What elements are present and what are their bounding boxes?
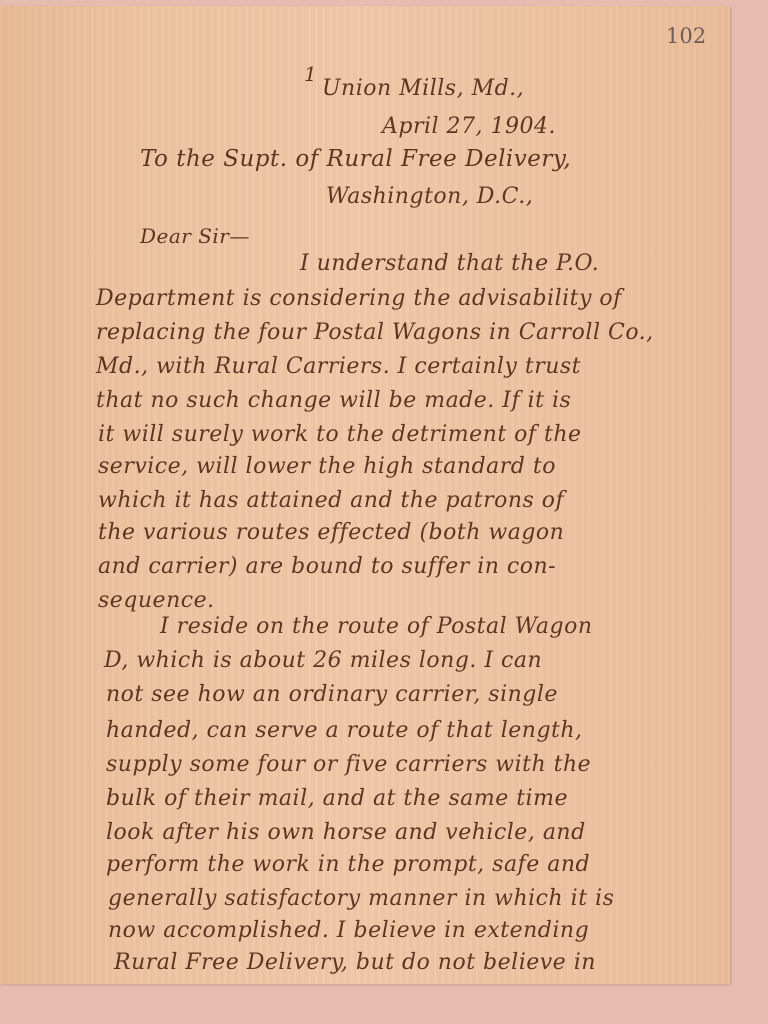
letter-recipient-city: Washington, D.C., <box>326 184 533 209</box>
body-line: handed, can serve a route of that length… <box>106 718 583 743</box>
body-line: now accomplished. I believe in extending <box>108 918 589 943</box>
body-line: perform the work in the prompt, safe and <box>106 852 590 877</box>
body-line: generally satisfactory manner in which i… <box>108 886 614 911</box>
letter-page: 102 1 Union Mills, Md., April 27, 1904. … <box>0 6 730 984</box>
body-line: supply some four or five carriers with t… <box>106 752 591 777</box>
body-line: not see how an ordinary carrier, single <box>106 682 558 707</box>
body-line: I understand that the P.O. <box>300 251 599 276</box>
body-line: Department is considering the advisabili… <box>96 286 622 311</box>
letter-date: April 27, 1904. <box>382 114 556 139</box>
body-line: replacing the four Postal Wagons in Carr… <box>96 320 654 345</box>
body-line: I reside on the route of Postal Wagon <box>160 614 592 639</box>
letter-place: Union Mills, Md., <box>322 76 524 101</box>
body-line: Rural Free Delivery, but do not believe … <box>114 950 596 975</box>
page-number: 102 <box>666 24 706 48</box>
body-line: D, which is about 26 miles long. I can <box>104 648 542 673</box>
letter-recipient: To the Supt. of Rural Free Delivery, <box>140 146 571 172</box>
body-line: the various routes effected (both wagon <box>98 520 564 545</box>
body-line: it will surely work to the detriment of … <box>98 422 582 447</box>
body-line: look after his own horse and vehicle, an… <box>106 820 586 845</box>
body-line: Md., with Rural Carriers. I certainly tr… <box>96 354 581 379</box>
body-line: bulk of their mail, and at the same time <box>106 786 568 811</box>
letter-salutation: Dear Sir— <box>140 224 250 248</box>
body-line: sequence. <box>98 588 215 613</box>
page-mark: 1 <box>304 62 317 86</box>
body-line: service, will lower the high standard to <box>98 454 556 479</box>
body-line: and carrier) are bound to suffer in con- <box>98 554 556 579</box>
body-line: that no such change will be made. If it … <box>96 388 571 413</box>
body-line: which it has attained and the patrons of <box>98 488 564 513</box>
